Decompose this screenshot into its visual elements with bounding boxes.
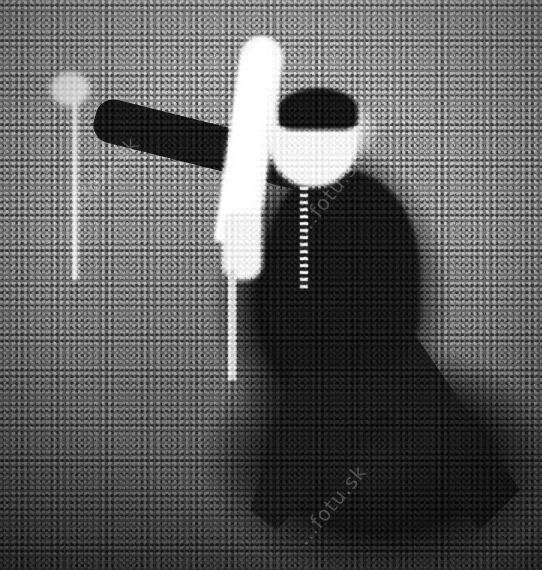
- vignette: [0, 0, 542, 570]
- photograph: ...fotu.sk ...fotu.sk ...fotu.sk: [0, 0, 542, 570]
